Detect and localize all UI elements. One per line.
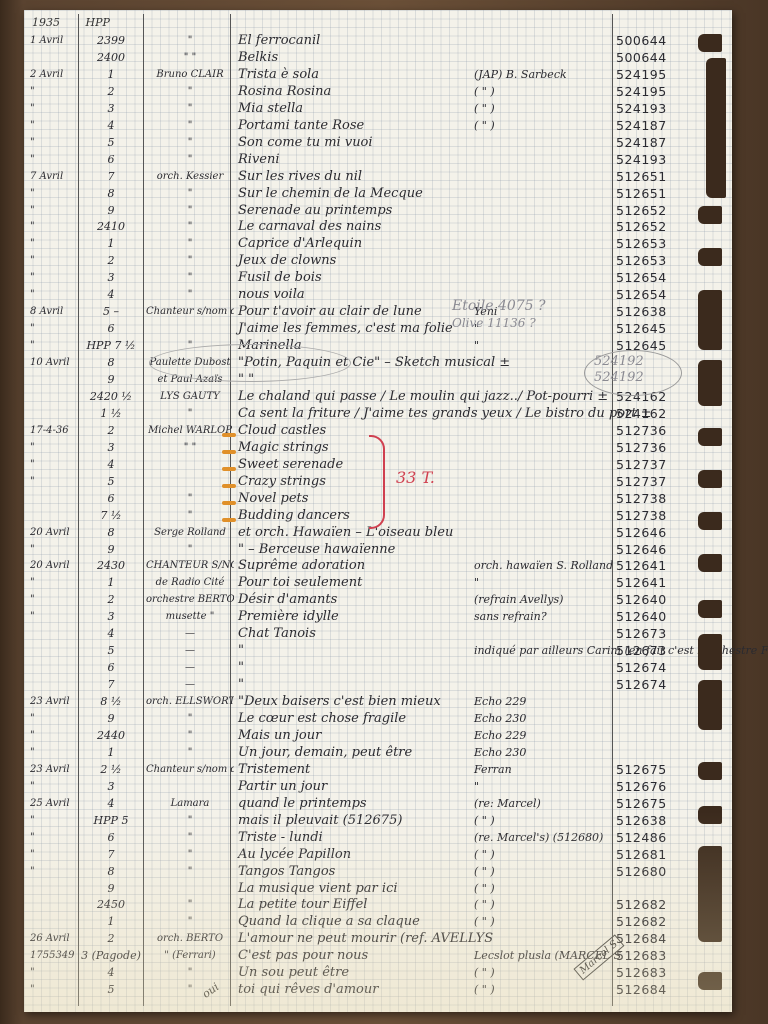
entry-note: (JAP) B. Sarbeck	[474, 66, 567, 83]
catalog-ref: 524193	[616, 151, 667, 168]
matrix-number: 1	[80, 235, 142, 252]
artist-name: "	[146, 32, 234, 49]
artist-name: "	[146, 134, 234, 151]
matrix-number: 6	[80, 151, 142, 168]
song-title: et orch. Hawaïen – L'oiseau bleu	[238, 524, 453, 541]
artist-name: "	[146, 117, 234, 134]
matrix-number: 8	[80, 524, 142, 541]
entry-note: Echo 230	[474, 710, 526, 727]
table-row: 25 Avril4Lamaraquand le printemps(re: Ma…	[24, 795, 732, 812]
entry-date: 17-4-36	[30, 422, 78, 439]
song-title: Fusil de bois	[238, 269, 322, 286]
catalog-ref: 512638	[616, 812, 667, 829]
catalog-ref: 512653	[616, 252, 667, 269]
song-title: Cloud castles	[238, 422, 326, 439]
entry-note: ( " )	[474, 964, 495, 981]
matrix-number: 2450	[80, 896, 142, 913]
artist-name: "	[146, 405, 234, 422]
highlight-mark	[222, 501, 236, 505]
catalog-ref: 512641	[616, 574, 667, 591]
catalog-ref: 512651	[616, 168, 667, 185]
table-row: 20 Avril2430CHANTEUR S/NOMSuprême adorat…	[24, 557, 732, 574]
catalog-ref: 512673	[616, 642, 667, 659]
matrix-number: 8	[80, 863, 142, 880]
entry-date: "	[30, 235, 78, 252]
song-title: El ferrocanil	[238, 32, 320, 49]
matrix-number: 3	[80, 608, 142, 625]
entry-note: ( " )	[474, 117, 495, 134]
catalog-ref: 512651	[616, 185, 667, 202]
matrix-number: 6	[80, 490, 142, 507]
entry-note: Ferran	[474, 761, 512, 778]
song-title: Le carnaval des nains	[238, 218, 381, 235]
song-title: Budding dancers	[238, 507, 350, 524]
artist-name: Chanteur s/nom de Radio Cité	[146, 761, 234, 778]
catalog-ref: 524187	[616, 134, 667, 151]
table-row: "2"Rosina Rosina( " )524195	[24, 83, 732, 100]
catalog-ref: 512674	[616, 659, 667, 676]
entry-date: "	[30, 151, 78, 168]
table-row: "5"Son come tu mi vuoi524187	[24, 134, 732, 151]
artist-name: orchestre BERTO	[146, 591, 234, 608]
entry-note: "	[474, 778, 479, 795]
table-row: 2400" "Belkis500644	[24, 49, 732, 66]
matrix-number: 5	[80, 981, 142, 998]
artist-name: "	[146, 812, 234, 829]
song-title: Chat Tanois	[238, 625, 316, 642]
entry-date: "	[30, 185, 78, 202]
artist-name: "	[146, 710, 234, 727]
entry-note: Echo 230	[474, 744, 526, 761]
highlight-mark	[222, 433, 236, 437]
matrix-number: 2430	[80, 557, 142, 574]
catalog-ref: 512682	[616, 913, 667, 930]
entry-date: 23 Avril	[30, 761, 78, 778]
artist-name: "	[146, 541, 234, 558]
catalog-ref: 512736	[616, 439, 667, 456]
entry-date: 7 Avril	[30, 168, 78, 185]
table-row: 8 Avril5 –Chanteur s/nom de Radio CitéPo…	[24, 303, 732, 320]
song-title: Suprême adoration	[238, 557, 365, 574]
entry-note: ( " )	[474, 846, 495, 863]
table-row: 1"Quand la clique a sa claque( " )512682	[24, 913, 732, 930]
song-title: quand le printemps	[238, 795, 367, 812]
matrix-number: 2399	[80, 32, 142, 49]
table-row: "1de Radio CitéPour toi seulement"512641	[24, 574, 732, 591]
matrix-number: 8	[80, 185, 142, 202]
entry-date: "	[30, 100, 78, 117]
song-title: La petite tour Eiffel	[238, 896, 367, 913]
matrix-number: 2410	[80, 218, 142, 235]
song-title: Trista è sola	[238, 66, 319, 83]
table-row: "5"toi qui rêves d'amour( " )512684	[24, 981, 732, 998]
matrix-number: HPP 7 ½	[80, 337, 142, 354]
entry-note: ( " )	[474, 83, 495, 100]
matrix-number: 2440	[80, 727, 142, 744]
entry-date: "	[30, 863, 78, 880]
catalog-ref: 512683	[616, 964, 667, 981]
artist-name: "	[146, 727, 234, 744]
song-title: Première idylle	[238, 608, 339, 625]
entry-date: "	[30, 829, 78, 846]
catalog-ref: 524162	[616, 405, 667, 422]
catalog-ref: 512646	[616, 541, 667, 558]
artist-name: orch. Kessier	[146, 168, 234, 185]
artist-name: "	[146, 846, 234, 863]
song-title: C'est pas pour nous	[238, 947, 368, 964]
song-title: Sur le chemin de la Mecque	[238, 185, 423, 202]
brace-note: 33 T.	[396, 468, 435, 487]
artist-name: —	[146, 659, 234, 676]
matrix-number: 1	[80, 913, 142, 930]
artist-name: "	[146, 202, 234, 219]
entry-date: "	[30, 286, 78, 303]
song-title: " – Berceuse hawaïenne	[238, 541, 395, 558]
matrix-number: 2400	[80, 49, 142, 66]
table-row: "1"Caprice d'Arlequin512653	[24, 235, 732, 252]
artist-name: LYS GAUTY	[146, 388, 234, 405]
matrix-number: 1	[80, 574, 142, 591]
entry-date: "	[30, 252, 78, 269]
song-title: Magic strings	[238, 439, 329, 456]
entry-date: "	[30, 744, 78, 761]
matrix-number: 2420 ½	[80, 388, 142, 405]
table-row: 7—"512674	[24, 676, 732, 693]
entry-date: 23 Avril	[30, 693, 78, 710]
table-row: 1 ½"Ca sent la friture / J'aime tes gran…	[24, 405, 732, 422]
matrix-number: 6	[80, 320, 142, 337]
entry-note: sans refrain?	[474, 608, 547, 625]
catalog-ref: 512640	[616, 591, 667, 608]
matrix-number: 5 –	[80, 303, 142, 320]
artist-name: "	[146, 896, 234, 913]
matrix-number: 3 (Pagode)	[80, 947, 142, 964]
catalog-ref: 500644	[616, 49, 667, 66]
entry-date: "	[30, 269, 78, 286]
song-title: "Deux baisers c'est bien mieux	[238, 693, 441, 710]
artist-name: orch. BERTO	[146, 930, 234, 947]
catalog-ref: 512645	[616, 320, 667, 337]
table-row: 7 Avril7orch. KessierSur les rives du ni…	[24, 168, 732, 185]
table-row: 17553493 (Pagode)" (Ferrari)C'est pas po…	[24, 947, 732, 964]
matrix-number: 1	[80, 744, 142, 761]
matrix-number: 7	[80, 846, 142, 863]
catalog-ref: 524195	[616, 66, 667, 83]
artist-name: "	[146, 863, 234, 880]
catalog-ref: 512646	[616, 524, 667, 541]
catalog-ref: 512652	[616, 218, 667, 235]
song-title: mais il pleuvait (512675)	[238, 812, 402, 829]
entry-date: "	[30, 320, 78, 337]
catalog-ref: 512681	[616, 846, 667, 863]
matrix-number: 2	[80, 591, 142, 608]
catalog-ref: 512486	[616, 829, 667, 846]
artist-name: "	[146, 507, 234, 524]
catalog-ref: 512654	[616, 286, 667, 303]
matrix-number: 4	[80, 964, 142, 981]
artist-name: "	[146, 235, 234, 252]
pencil-note: Olive 11136 ?	[452, 316, 536, 330]
artist-name: CHANTEUR S/NOM	[146, 557, 234, 574]
song-title: Au lycée Papillon	[238, 846, 351, 863]
song-title: Caprice d'Arlequin	[238, 235, 362, 252]
entry-note: ( " )	[474, 100, 495, 117]
song-title: Tristement	[238, 761, 310, 778]
entry-note: ( " )	[474, 981, 495, 998]
entry-note: ( " )	[474, 863, 495, 880]
artist-name: "	[146, 218, 234, 235]
entry-date: 8 Avril	[30, 303, 78, 320]
ledger-page: 1935 HPP 1 Avril2399"El ferrocanil500644…	[24, 10, 732, 1012]
table-row: 4—Chat Tanois512673	[24, 625, 732, 642]
table-row: "9"Serenade au printemps512652	[24, 202, 732, 219]
table-row: "2orchestre BERTODésir d'amants(refrain …	[24, 591, 732, 608]
entry-note: Echo 229	[474, 693, 526, 710]
entry-date: "	[30, 456, 78, 473]
pencil-note: Etoile 4075 ?	[452, 298, 546, 314]
matrix-number: 4	[80, 117, 142, 134]
artist-name: Chanteur s/nom de Radio Cité	[146, 303, 234, 320]
entry-note: ( " )	[474, 880, 495, 897]
table-row: "7"Au lycée Papillon( " )512681	[24, 846, 732, 863]
entry-date: 1 Avril	[30, 32, 78, 49]
song-title: Jeux de clowns	[238, 252, 336, 269]
song-title: Pour t'avoir au clair de lune	[238, 303, 422, 320]
catalog-ref: 512641	[616, 557, 667, 574]
binder-holes	[692, 10, 732, 1012]
matrix-number: 9	[80, 202, 142, 219]
artist-name: —	[146, 625, 234, 642]
matrix-number: 2 ½	[80, 761, 142, 778]
song-title: Novel pets	[238, 490, 308, 507]
table-row: "2410"Le carnaval des nains512652	[24, 218, 732, 235]
catalog-ref: 512673	[616, 625, 667, 642]
table-row: "2"Jeux de clowns512653	[24, 252, 732, 269]
artist-name: "	[146, 269, 234, 286]
entry-date: "	[30, 591, 78, 608]
table-row: "4"nous voila512654	[24, 286, 732, 303]
table-row: "9"Le cœur est chose fragileEcho 230	[24, 710, 732, 727]
matrix-number: 5	[80, 642, 142, 659]
matrix-number: 9	[80, 541, 142, 558]
table-row: 2 Avril1Bruno CLAIRTrista è sola(JAP) B.…	[24, 66, 732, 83]
matrix-number: 3	[80, 100, 142, 117]
red-brace	[369, 435, 385, 529]
song-title: Portami tante Rose	[238, 117, 364, 134]
matrix-number: 9	[80, 710, 142, 727]
song-title: Triste - lundi	[238, 829, 323, 846]
artist-name: orch. ELLSWORTH	[146, 693, 234, 710]
table-row: "4"Un sou peut être( " )512683	[24, 964, 732, 981]
matrix-number: 6	[80, 829, 142, 846]
artist-name: "	[146, 913, 234, 930]
highlight-mark	[222, 518, 236, 522]
entry-note: Echo 229	[474, 727, 526, 744]
entry-date: "	[30, 574, 78, 591]
artist-name: —	[146, 676, 234, 693]
table-row: 2450"La petite tour Eiffel( " )512682	[24, 896, 732, 913]
catalog-ref: 512675	[616, 761, 667, 778]
artist-name: Bruno CLAIR	[146, 66, 234, 83]
catalog-ref: 524195	[616, 83, 667, 100]
song-title: Ca sent la friture / J'aime tes grands y…	[238, 405, 651, 422]
artist-name: "	[146, 744, 234, 761]
table-row: "9"" – Berceuse hawaïenne512646	[24, 541, 732, 558]
circled-artist	[149, 344, 351, 382]
song-title: Sweet serenade	[238, 456, 343, 473]
song-title: La musique vient par ici	[238, 880, 398, 897]
entry-date: "	[30, 608, 78, 625]
table-row: 5—"indiqué par ailleurs Carini (en fait …	[24, 642, 732, 659]
song-title: Un jour, demain, peut être	[238, 744, 412, 761]
entry-note: (re: Marcel)	[474, 795, 541, 812]
artist-name: "	[146, 829, 234, 846]
artist-name: Serge Rolland	[146, 524, 234, 541]
table-row: 6—"512674	[24, 659, 732, 676]
artist-name: "	[146, 100, 234, 117]
table-row: "8"Sur le chemin de la Mecque512651	[24, 185, 732, 202]
entry-date: "	[30, 812, 78, 829]
header-series: HPP	[86, 16, 110, 29]
entry-date: 2 Avril	[30, 66, 78, 83]
matrix-number: 7	[80, 168, 142, 185]
entry-date: "	[30, 846, 78, 863]
song-title: Serenade au printemps	[238, 202, 392, 219]
matrix-number: 8	[80, 354, 142, 371]
highlight-mark	[222, 450, 236, 454]
catalog-ref: 512676	[616, 778, 667, 795]
table-row: "3"Fusil de bois512654	[24, 269, 732, 286]
song-title: Mia stella	[238, 100, 303, 117]
catalog-ref: 512738	[616, 490, 667, 507]
entry-note: orch. hawaïen S. Rolland	[474, 557, 613, 574]
catalog-ref: 524187	[616, 117, 667, 134]
song-title: Un sou peut être	[238, 964, 349, 981]
matrix-number: 2	[80, 930, 142, 947]
highlight-mark	[222, 467, 236, 471]
matrix-number: 7 ½	[80, 507, 142, 524]
song-title: Mais un jour	[238, 727, 321, 744]
song-title: "	[238, 676, 244, 693]
song-title: Pour toi seulement	[238, 574, 362, 591]
artist-name: "	[146, 185, 234, 202]
table-row: "6"Riveni524193	[24, 151, 732, 168]
table-row: "3Partir un jour"512676	[24, 778, 732, 795]
song-title: J'aime les femmes, c'est ma folie	[238, 320, 453, 337]
artist-name: " "	[146, 49, 234, 66]
catalog-ref: 512652	[616, 202, 667, 219]
table-row: "4"Portami tante Rose( " )524187	[24, 117, 732, 134]
matrix-number: 4	[80, 456, 142, 473]
matrix-number: 4	[80, 625, 142, 642]
catalog-ref: 512736	[616, 422, 667, 439]
entry-date: "	[30, 473, 78, 490]
entry-date: "	[30, 218, 78, 235]
table-row: "1"Un jour, demain, peut êtreEcho 230	[24, 744, 732, 761]
table-row: 23 Avril2 ½Chanteur s/nom de Radio CitéT…	[24, 761, 732, 778]
song-title: Belkis	[238, 49, 278, 66]
entry-date: "	[30, 981, 78, 998]
catalog-ref: 512640	[616, 608, 667, 625]
entry-date: 20 Avril	[30, 524, 78, 541]
song-title: Le cœur est chose fragile	[238, 710, 406, 727]
entry-date: "	[30, 202, 78, 219]
matrix-number: 5	[80, 134, 142, 151]
song-title: L'amour ne peut mourir (ref. AVELLYS	[238, 930, 493, 947]
table-row: "3"Mia stella( " )524193	[24, 100, 732, 117]
song-title: Son come tu mi vuoi	[238, 134, 373, 151]
catalog-ref: 512737	[616, 473, 667, 490]
entry-date: 1755349	[30, 947, 78, 964]
entry-date: "	[30, 134, 78, 151]
table-row: 26 Avril2orch. BERTOL'amour ne peut mour…	[24, 930, 732, 947]
entry-note: (re. Marcel's) (512680)	[474, 829, 603, 846]
artist-name: —	[146, 642, 234, 659]
song-title: "	[238, 659, 244, 676]
highlight-mark	[222, 484, 236, 488]
song-title: Crazy strings	[238, 473, 326, 490]
header-year: 1935	[32, 16, 60, 29]
matrix-number: 3	[80, 778, 142, 795]
entry-note: ( " )	[474, 896, 495, 913]
entry-date: "	[30, 83, 78, 100]
song-title: Désir d'amants	[238, 591, 337, 608]
song-title: Riveni	[238, 151, 280, 168]
artist-name: " "	[146, 439, 234, 456]
entry-date: 10 Avril	[30, 354, 78, 371]
matrix-number: 9	[80, 880, 142, 897]
table-row: 9La musique vient par ici( " )	[24, 880, 732, 897]
matrix-number: 2	[80, 422, 142, 439]
matrix-number: HPP 5	[80, 812, 142, 829]
catalog-ref: 512683	[616, 947, 667, 964]
table-row: "HPP 5"mais il pleuvait (512675)( " )512…	[24, 812, 732, 829]
song-title: Tangos Tangos	[238, 863, 335, 880]
table-row: "2440"Mais un jourEcho 229	[24, 727, 732, 744]
matrix-number: 4	[80, 286, 142, 303]
entry-note: ( " )	[474, 913, 495, 930]
ledger-header: 1935 HPP	[32, 16, 110, 29]
entry-date: 26 Avril	[30, 930, 78, 947]
artist-name: "	[146, 151, 234, 168]
matrix-number: 3	[80, 439, 142, 456]
artist-name: "	[146, 964, 234, 981]
artist-name: Michel WARLOP	[146, 422, 234, 439]
table-row: "3musette "Première idyllesans refrain?5…	[24, 608, 732, 625]
matrix-number: 8 ½	[80, 693, 142, 710]
table-row: "6J'aime les femmes, c'est ma folie"5126…	[24, 320, 732, 337]
entry-note: (refrain Avellys)	[474, 591, 563, 608]
catalog-ref: 512682	[616, 896, 667, 913]
artist-name: Lamara	[146, 795, 234, 812]
song-title: Partir un jour	[238, 778, 327, 795]
artist-name: de Radio Cité	[146, 574, 234, 591]
catalog-ref: 500644	[616, 32, 667, 49]
circled-ref: 524192	[594, 354, 644, 369]
song-title: Quand la clique a sa claque	[238, 913, 420, 930]
entry-date: "	[30, 439, 78, 456]
matrix-number: 5	[80, 473, 142, 490]
matrix-number: 3	[80, 269, 142, 286]
song-title: "	[238, 642, 244, 659]
matrix-number: 2	[80, 83, 142, 100]
artist-name: "	[146, 490, 234, 507]
song-title: Rosina Rosina	[238, 83, 331, 100]
catalog-ref: 524193	[616, 100, 667, 117]
catalog-ref: 512674	[616, 676, 667, 693]
song-title: Sur les rives du nil	[238, 168, 362, 185]
artist-name: musette "	[146, 608, 234, 625]
